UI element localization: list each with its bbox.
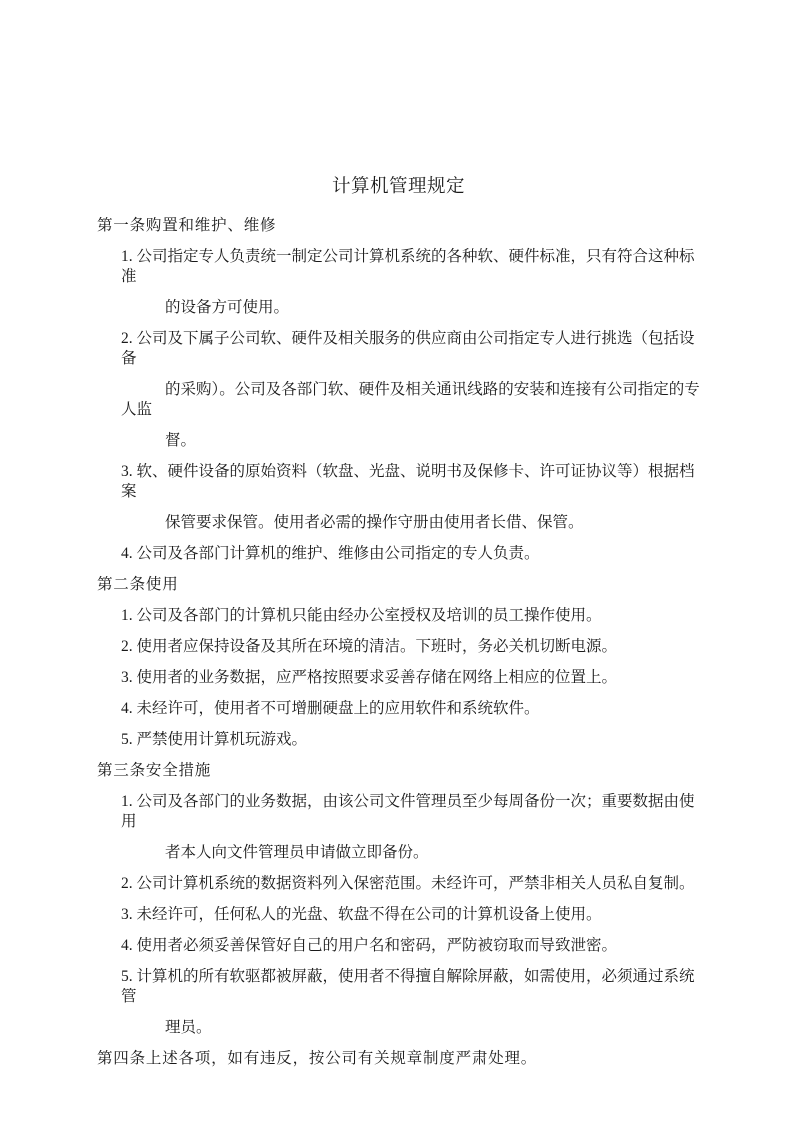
doc-line: 第一条购置和维护、维修 [97,216,700,236]
paragraph-item: 3. 未经许可，任何私人的光盘、软盘不得在公司的计算机设备上使用。 [97,905,700,925]
doc-line: 第二条使用 [97,575,700,595]
doc-line: 1. 公司及各部门的计算机只能由经办公室授权及培训的员工操作使用。 [121,606,700,626]
doc-line: 督。 [165,431,700,451]
doc-line: 第三条安全措施 [97,761,700,781]
doc-line: 的采购）。公司及各部门软、硬件及相关通讯线路的安装和连接有公司指定的专 [165,380,700,400]
paragraph-item: 2. 公司及下属子公司软、硬件及相关服务的供应商由公司指定专人进行挑选（包括设备 [97,329,700,369]
paragraph-continuation: 的采购）。公司及各部门软、硬件及相关通讯线路的安装和连接有公司指定的专人监 [97,380,700,420]
doc-line: 管 [121,987,700,1007]
doc-line: 2. 使用者应保持设备及其所在环境的清洁。下班时，务必关机切断电源。 [121,637,700,657]
paragraph-continuation: 保管要求保管。使用者必需的操作守册由使用者长借、保管。 [97,513,700,533]
paragraph-item: 4. 公司及各部门计算机的维护、维修由公司指定的专人负责。 [97,544,700,564]
doc-line: 用 [121,812,700,832]
doc-line: 1. 公司指定专人负责统一制定公司计算机系统的各种软、硬件标准，只有符合这种标 [121,247,700,267]
doc-line: 的设备方可使用。 [165,298,700,318]
paragraph-item: 4. 使用者必须妥善保管好自己的用户名和密码，严防被窃取而导致泄密。 [97,936,700,956]
paragraph-continuation: 督。 [97,431,700,451]
doc-line: 2. 公司及下属子公司软、硬件及相关服务的供应商由公司指定专人进行挑选（包括设 [121,329,700,349]
doc-line: 3. 软、硬件设备的原始资料（软盘、光盘、说明书及保修卡、许可证协议等）根据档 [121,462,700,482]
paragraph-item: 1. 公司及各部门的计算机只能由经办公室授权及培训的员工操作使用。 [97,606,700,626]
doc-line: 第四条上述各项，如有违反，按公司有关规章制度严肃处理。 [97,1049,700,1069]
paragraph-item: 4. 未经许可，使用者不可增删硬盘上的应用软件和系统软件。 [97,699,700,719]
doc-line: 1. 公司及各部门的业务数据，由该公司文件管理员至少每周备份一次；重要数据由使 [121,792,700,812]
doc-line: 案 [121,482,700,502]
paragraph-item: 1. 公司指定专人负责统一制定公司计算机系统的各种软、硬件标准，只有符合这种标准 [97,247,700,287]
doc-line: 准 [121,267,700,287]
doc-line: 5. 严禁使用计算机玩游戏。 [121,730,700,750]
doc-line: 人监 [121,400,700,420]
paragraph-item: 1. 公司及各部门的业务数据，由该公司文件管理员至少每周备份一次；重要数据由使用 [97,792,700,832]
paragraph-item: 5. 严禁使用计算机玩游戏。 [97,730,700,750]
paragraph-continuation: 的设备方可使用。 [97,298,700,318]
document-title: 计算机管理规定 [97,174,700,200]
doc-line: 保管要求保管。使用者必需的操作守册由使用者长借、保管。 [165,513,700,533]
doc-line: 3. 未经许可，任何私人的光盘、软盘不得在公司的计算机设备上使用。 [121,905,700,925]
paragraph-continuation: 理员。 [97,1018,700,1038]
doc-line: 理员。 [165,1018,700,1038]
paragraph-heading: 第三条安全措施 [97,761,700,781]
doc-line: 4. 未经许可，使用者不可增删硬盘上的应用软件和系统软件。 [121,699,700,719]
document-page: 计算机管理规定 第一条购置和维护、维修1. 公司指定专人负责统一制定公司计算机系… [0,0,794,1123]
paragraph-item: 2. 公司计算机系统的数据资料列入保密范围。未经许可，严禁非相关人员私自复制。 [97,874,700,894]
paragraph-heading: 第四条上述各项，如有违反，按公司有关规章制度严肃处理。 [97,1049,700,1069]
doc-line: 2. 公司计算机系统的数据资料列入保密范围。未经许可，严禁非相关人员私自复制。 [121,874,700,894]
document-body: 第一条购置和维护、维修1. 公司指定专人负责统一制定公司计算机系统的各种软、硬件… [97,216,700,1069]
doc-line: 备 [121,349,700,369]
doc-line: 4. 公司及各部门计算机的维护、维修由公司指定的专人负责。 [121,544,700,564]
paragraph-continuation: 者本人向文件管理员申请做立即备份。 [97,843,700,863]
doc-line: 者本人向文件管理员申请做立即备份。 [165,843,700,863]
doc-line: 5. 计算机的所有软驱都被屏蔽，使用者不得擅自解除屏蔽，如需使用，必须通过系统 [121,967,700,987]
paragraph-heading: 第二条使用 [97,575,700,595]
paragraph-item: 3. 使用者的业务数据，应严格按照要求妥善存储在网络上相应的位置上。 [97,668,700,688]
paragraph-item: 3. 软、硬件设备的原始资料（软盘、光盘、说明书及保修卡、许可证协议等）根据档案 [97,462,700,502]
doc-line: 4. 使用者必须妥善保管好自己的用户名和密码，严防被窃取而导致泄密。 [121,936,700,956]
paragraph-item: 2. 使用者应保持设备及其所在环境的清洁。下班时，务必关机切断电源。 [97,637,700,657]
paragraph-item: 5. 计算机的所有软驱都被屏蔽，使用者不得擅自解除屏蔽，如需使用，必须通过系统管 [97,967,700,1007]
doc-line: 3. 使用者的业务数据，应严格按照要求妥善存储在网络上相应的位置上。 [121,668,700,688]
paragraph-heading: 第一条购置和维护、维修 [97,216,700,236]
